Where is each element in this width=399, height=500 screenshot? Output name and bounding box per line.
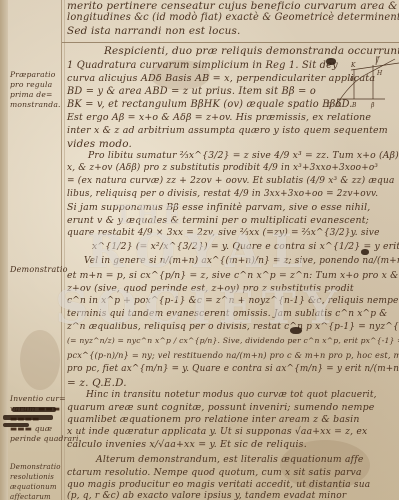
- diagram-label-d: D: [326, 102, 332, 109]
- text-line: BD = y & area ABD = z ut prius. Item sit…: [67, 86, 316, 97]
- strikethrough-mark: [3, 423, 29, 427]
- diagram-label-k: K: [350, 62, 356, 69]
- text-line: inter x & z ad arbitrium assumpta quæro …: [67, 125, 388, 136]
- section-divider: [62, 42, 399, 43]
- text-line: pcx^{(p-n)/n} = ny; vel restituendo na/(…: [67, 350, 399, 360]
- text-line: Est ergo Aβ = x+o & Aδβ = z+ov. His præm…: [67, 112, 371, 123]
- text-line: vides modo.: [67, 138, 132, 150]
- diagram-label-h: H: [376, 70, 383, 77]
- diagram-label-beta: β: [370, 102, 375, 109]
- text-line: (p, q, r &c) ab exacto valore ipsius y, …: [67, 491, 346, 500]
- watermark-royal: ROYAL: [60, 224, 340, 278]
- text-line: quarum areæ sunt cognitæ, possunt inveni…: [67, 402, 375, 413]
- watermark-society: SOCIETY: [50, 280, 350, 334]
- margin-note-demonstratio: Demonstratio: [10, 265, 68, 275]
- diagram-label-b: B: [351, 102, 357, 109]
- text-line: calculo invenies x/√aa+xx = y. Et sic de…: [67, 439, 307, 450]
- manuscript-page: merito pertinere censeatur cujus benefic…: [0, 0, 399, 500]
- text-line: Hinc in transitu notetur modus quo curvæ…: [86, 390, 377, 400]
- diagram-label-f: f: [376, 56, 381, 63]
- diagram-label-a: A: [336, 102, 342, 109]
- text-line: x ut inde quæratur applicata y. Ut si su…: [67, 426, 367, 437]
- text-line: libus, reliquisq per o divisis, restat 4…: [67, 189, 378, 199]
- text-line: BK = v, et rectangulum BβHK (ov) æquale …: [67, 99, 353, 110]
- text-line: quamlibet æquationem pro relatione inter…: [67, 414, 360, 425]
- text-line: pro pc, fiet ax^{m/n} = y. Quare e contr…: [67, 364, 399, 374]
- margin-note-resolutio: Demonstratio resolutionis æquationum aff…: [10, 462, 61, 500]
- text-line: Alterum demonstrandum, est literalis æqu…: [96, 454, 363, 465]
- text-line: quo magis producitur eo magis veritati a…: [67, 480, 370, 490]
- margin-note-preparatio: Præparatio pro regula prima de= monstran…: [10, 70, 61, 110]
- geometry-diagram: K f H δ A B β D: [325, 55, 399, 110]
- strikethrough-mark: [12, 407, 56, 412]
- strikethrough-mark: [3, 415, 53, 420]
- text-line: merito pertinere censeatur cujus benefic…: [67, 0, 398, 12]
- text-line: ctarum resolutio. Nempe quod quotum, cum…: [67, 467, 362, 478]
- paper-stain: [20, 330, 60, 390]
- diagram-label-delta: δ: [350, 76, 354, 83]
- text-line: = z. Q.E.D.: [67, 377, 127, 389]
- text-line: = (ex natura curvæ) zz + 2zov + oovv. Et…: [67, 176, 395, 186]
- text-line: longitudines &c (id modò fiat) exactè & …: [67, 12, 399, 23]
- ink-blot: [361, 249, 369, 255]
- text-line: Pro libitu sumatur ⅔x^{3/2} = z sive 4/9…: [88, 150, 399, 161]
- text-line: 1 Quadratura curvarum simplicium in Reg …: [67, 60, 338, 71]
- text-line: (= nyz^n/z) = nyc^n x^p / cx^{p/n}. Sive…: [67, 336, 399, 345]
- text-line: x, & z+ov (Aδβ) pro z substitutis prodib…: [67, 163, 378, 173]
- text-line: Sed ista narrandi non est locus.: [67, 25, 241, 37]
